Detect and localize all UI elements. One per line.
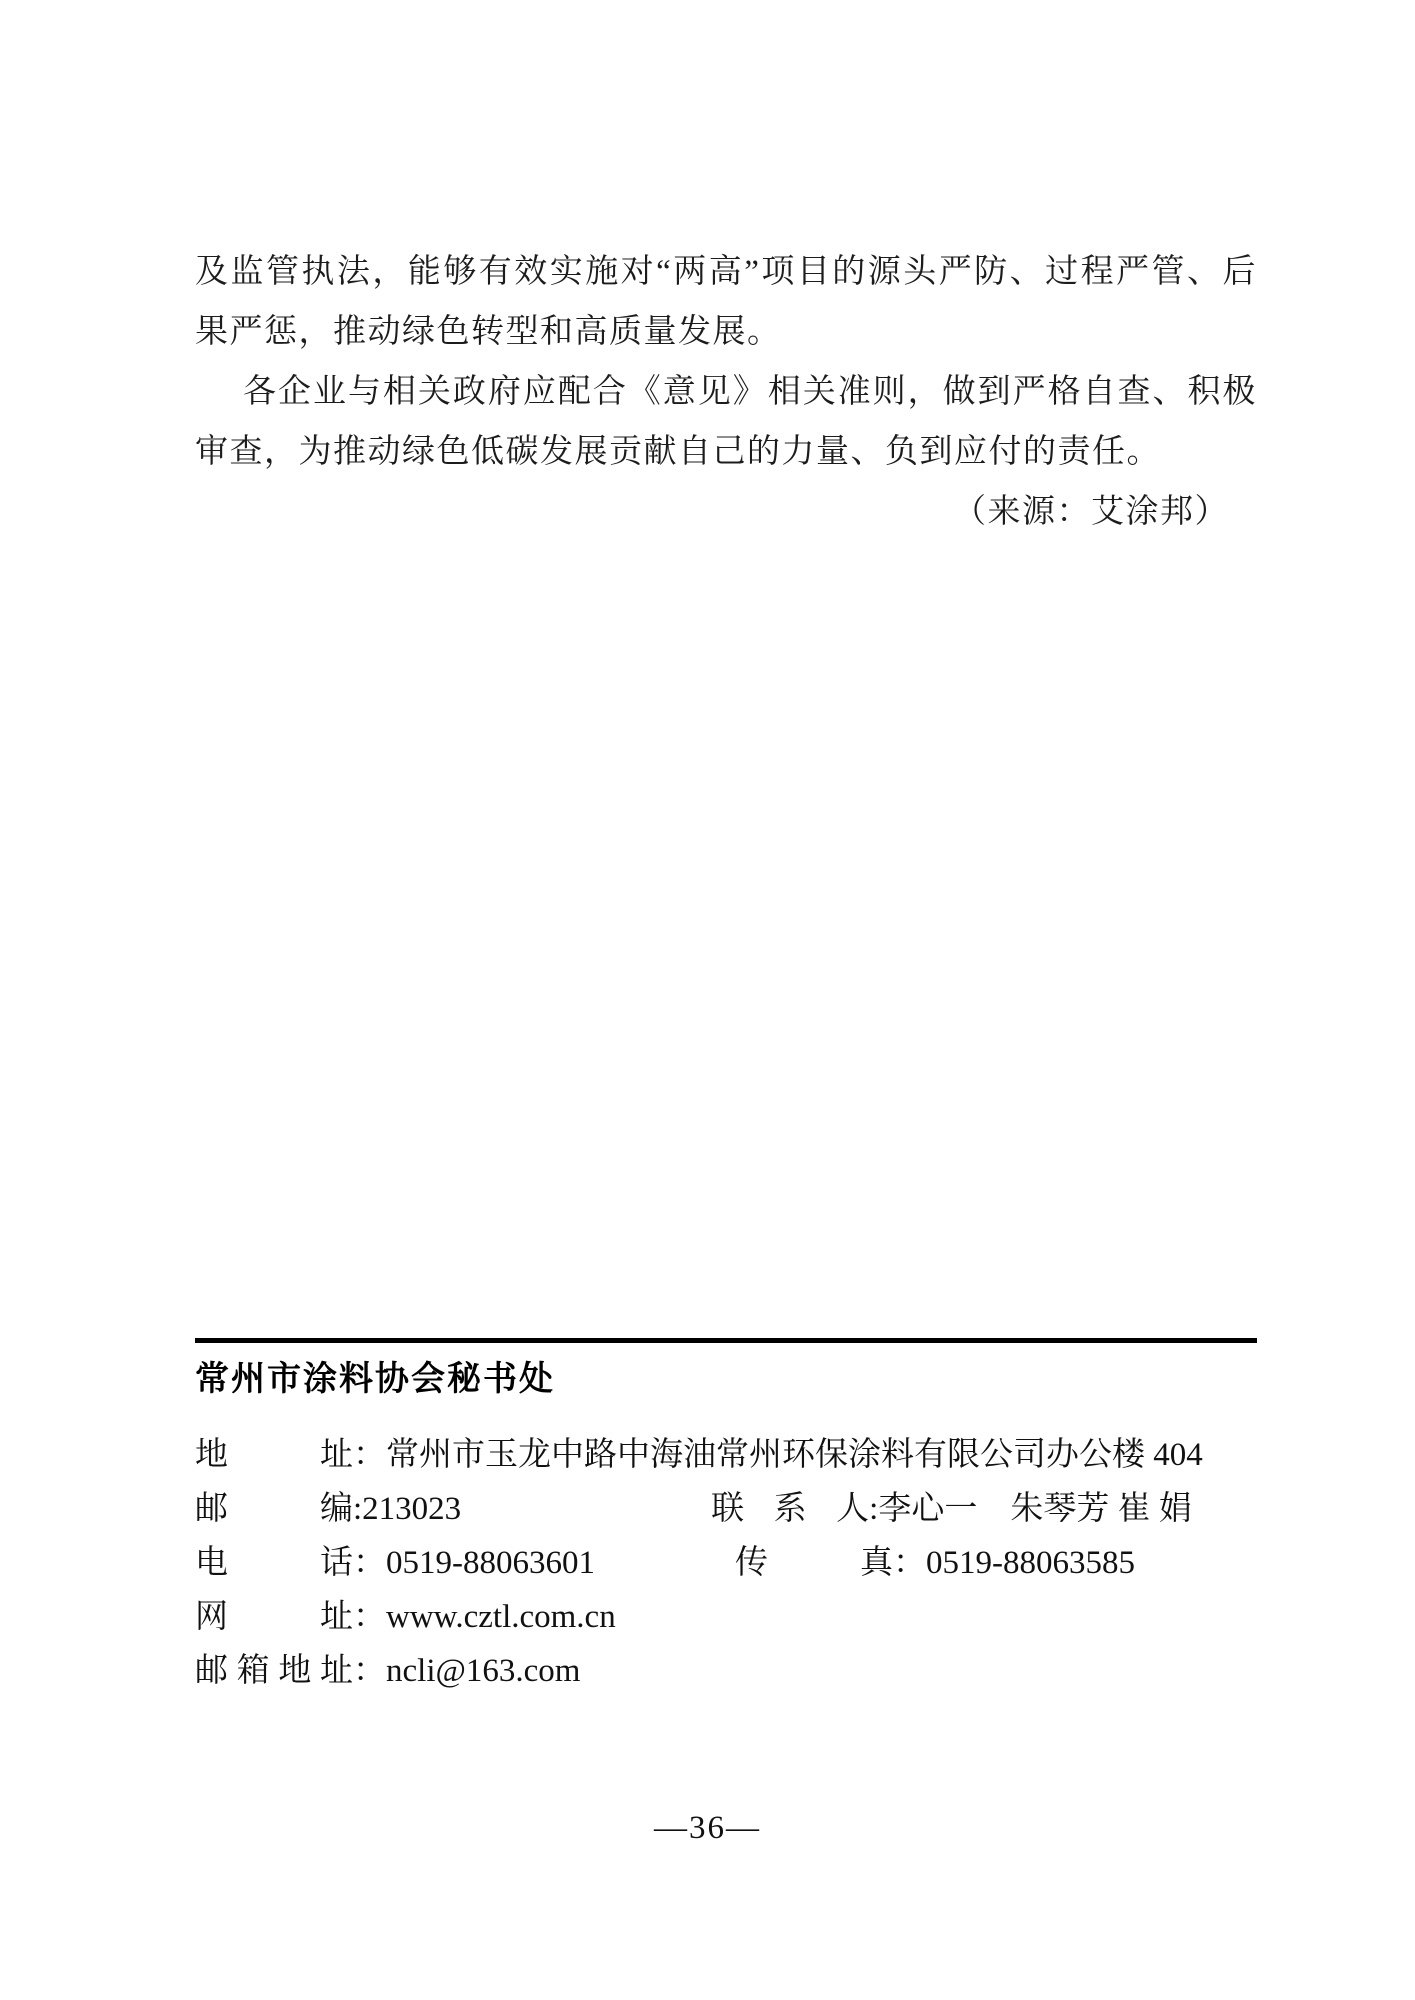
fax-value: 0519-88063585	[926, 1545, 1135, 1581]
contact-list: 地址：常州市玉龙中路中海油常州环保涂料有限公司办公楼 404 邮编: 21302…	[195, 1428, 1257, 1698]
fax-label: 传真	[735, 1536, 893, 1590]
page-number: —36—	[0, 1810, 1415, 1847]
paragraph-continued: 及监管执法，能够有效实施对“两高”项目的源头严防、过程严管、后果严惩，推动绿色转…	[195, 242, 1257, 362]
contact-person-value: 李心一 朱琴芳 崔 娟	[878, 1491, 1192, 1527]
colon: ：	[353, 1644, 386, 1698]
contact-row-zip-contact: 邮编: 213023联系人: 李心一 朱琴芳 崔 娟	[195, 1482, 1257, 1536]
colon: :	[869, 1482, 878, 1536]
zip-label: 邮编	[195, 1482, 353, 1536]
contact-person-label: 联系人	[711, 1482, 869, 1536]
footer-rule	[195, 1338, 1257, 1343]
contact-row-phone-fax: 电话：0519-88063601传真：0519-88063585	[195, 1536, 1257, 1590]
email-label: 邮箱地址	[195, 1644, 353, 1698]
colon: ：	[893, 1536, 926, 1590]
contact-row-email: 邮箱地址：ncli@163.com	[195, 1644, 1257, 1698]
org-name: 常州市涂料协会秘书处	[195, 1356, 1257, 1402]
zip-value: 213023	[362, 1482, 711, 1536]
body-text: 及监管执法，能够有效实施对“两高”项目的源头严防、过程严管、后果严惩，推动绿色转…	[195, 242, 1257, 542]
address-value: 常州市玉龙中路中海油常州环保涂料有限公司办公楼 404	[386, 1437, 1203, 1473]
contact-row-address: 地址：常州市玉龙中路中海油常州环保涂料有限公司办公楼 404	[195, 1428, 1257, 1482]
phone-value: 0519-88063601	[386, 1536, 735, 1590]
address-label: 地址	[195, 1428, 353, 1482]
website-value: www.cztl.com.cn	[386, 1599, 616, 1635]
email-value: ncli@163.com	[386, 1653, 580, 1689]
colon: ：	[353, 1428, 386, 1482]
phone-label: 电话	[195, 1536, 353, 1590]
document-page: 及监管执法，能够有效实施对“两高”项目的源头严防、过程严管、后果严惩，推动绿色转…	[0, 0, 1415, 2000]
footer-contact-block: 常州市涂料协会秘书处 地址：常州市玉龙中路中海油常州环保涂料有限公司办公楼 40…	[195, 1338, 1257, 1698]
colon: ：	[353, 1536, 386, 1590]
colon: ：	[353, 1590, 386, 1644]
website-label: 网址	[195, 1590, 353, 1644]
paragraph: 各企业与相关政府应配合《意见》相关准则，做到严格自查、积极审查，为推动绿色低碳发…	[195, 362, 1257, 482]
source-attribution: （来源：艾涂邦）	[195, 482, 1257, 542]
colon: :	[353, 1482, 362, 1536]
contact-row-website: 网址：www.cztl.com.cn	[195, 1590, 1257, 1644]
